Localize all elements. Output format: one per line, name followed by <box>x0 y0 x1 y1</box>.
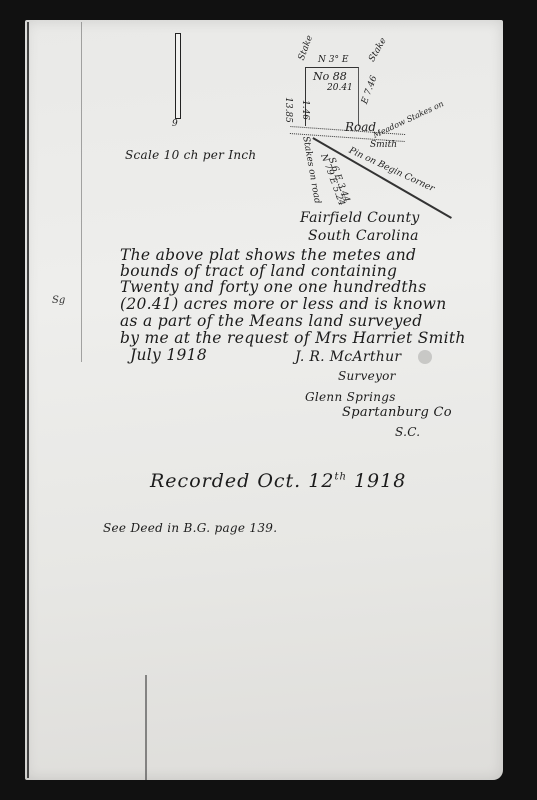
body-line-date: July 1918 <box>130 347 207 364</box>
plat-lot-acres: 20.41 <box>327 83 353 93</box>
plat-stakes-on-road: Stakes on road <box>300 135 322 204</box>
surveyor-address-town: Glenn Springs <box>305 390 396 404</box>
scale-label: Scale 10 ch per Inch <box>125 148 256 162</box>
plat-left-side-2: 1.46 <box>300 100 310 120</box>
plat-right-side: E 7.46 <box>360 74 379 105</box>
plat-diagram: N 3° E No 88 20.41 Stake 13.85 1.46 Stak… <box>285 25 485 205</box>
ink-smudge <box>418 350 432 364</box>
scale-bar-mark: 9 <box>172 119 178 129</box>
plat-left-side-1: 13.85 <box>283 97 293 123</box>
surveyor-address-county: Spartanburg Co <box>342 405 452 420</box>
body-line: (20.41) acres more or less and is known <box>120 296 447 313</box>
plat-smith-label: Smith <box>370 140 397 150</box>
scan-frame: 9 Scale 10 ch per Inch N 3° E No 88 20.4… <box>0 0 537 800</box>
binding-edge-line <box>27 22 29 778</box>
plat-lot-label: No 88 <box>313 70 347 83</box>
plat-begin-corner: Pin on Begin Corner <box>347 146 435 194</box>
body-line: by me at the request of Mrs Harriet Smit… <box>120 330 466 347</box>
body-line: Twenty and forty one one hundredths <box>120 279 426 296</box>
plat-stake-right: Stake <box>367 36 389 63</box>
recorded-year: 1918 <box>354 470 406 492</box>
margin-rule-lower <box>145 675 147 780</box>
margin-rule-line <box>81 22 82 362</box>
body-line: as a part of the Means land surveyed <box>120 313 422 330</box>
scale-bar <box>175 33 181 119</box>
state-heading: South Carolina <box>308 228 419 244</box>
recorded-ordinal: th <box>334 472 346 483</box>
plat-meadow-stakes: Meadow Stakes on <box>372 99 445 140</box>
surveyor-address-state: S.C. <box>395 425 420 439</box>
surveyor-signature: J. R. McArthur <box>295 349 401 365</box>
plat-stake-label: Stake <box>297 34 315 62</box>
surveyor-title: Surveyor <box>338 369 396 383</box>
county-heading: Fairfield County <box>300 210 420 226</box>
deed-reference: See Deed in B.G. page 139. <box>103 521 277 535</box>
recorded-prefix: Recorded Oct. 12 <box>150 470 334 492</box>
margin-mark: Sg <box>52 295 65 306</box>
recorded-date: Recorded Oct. 12th 1918 <box>150 470 406 492</box>
plat-top-bearing: N 3° E <box>318 55 348 65</box>
